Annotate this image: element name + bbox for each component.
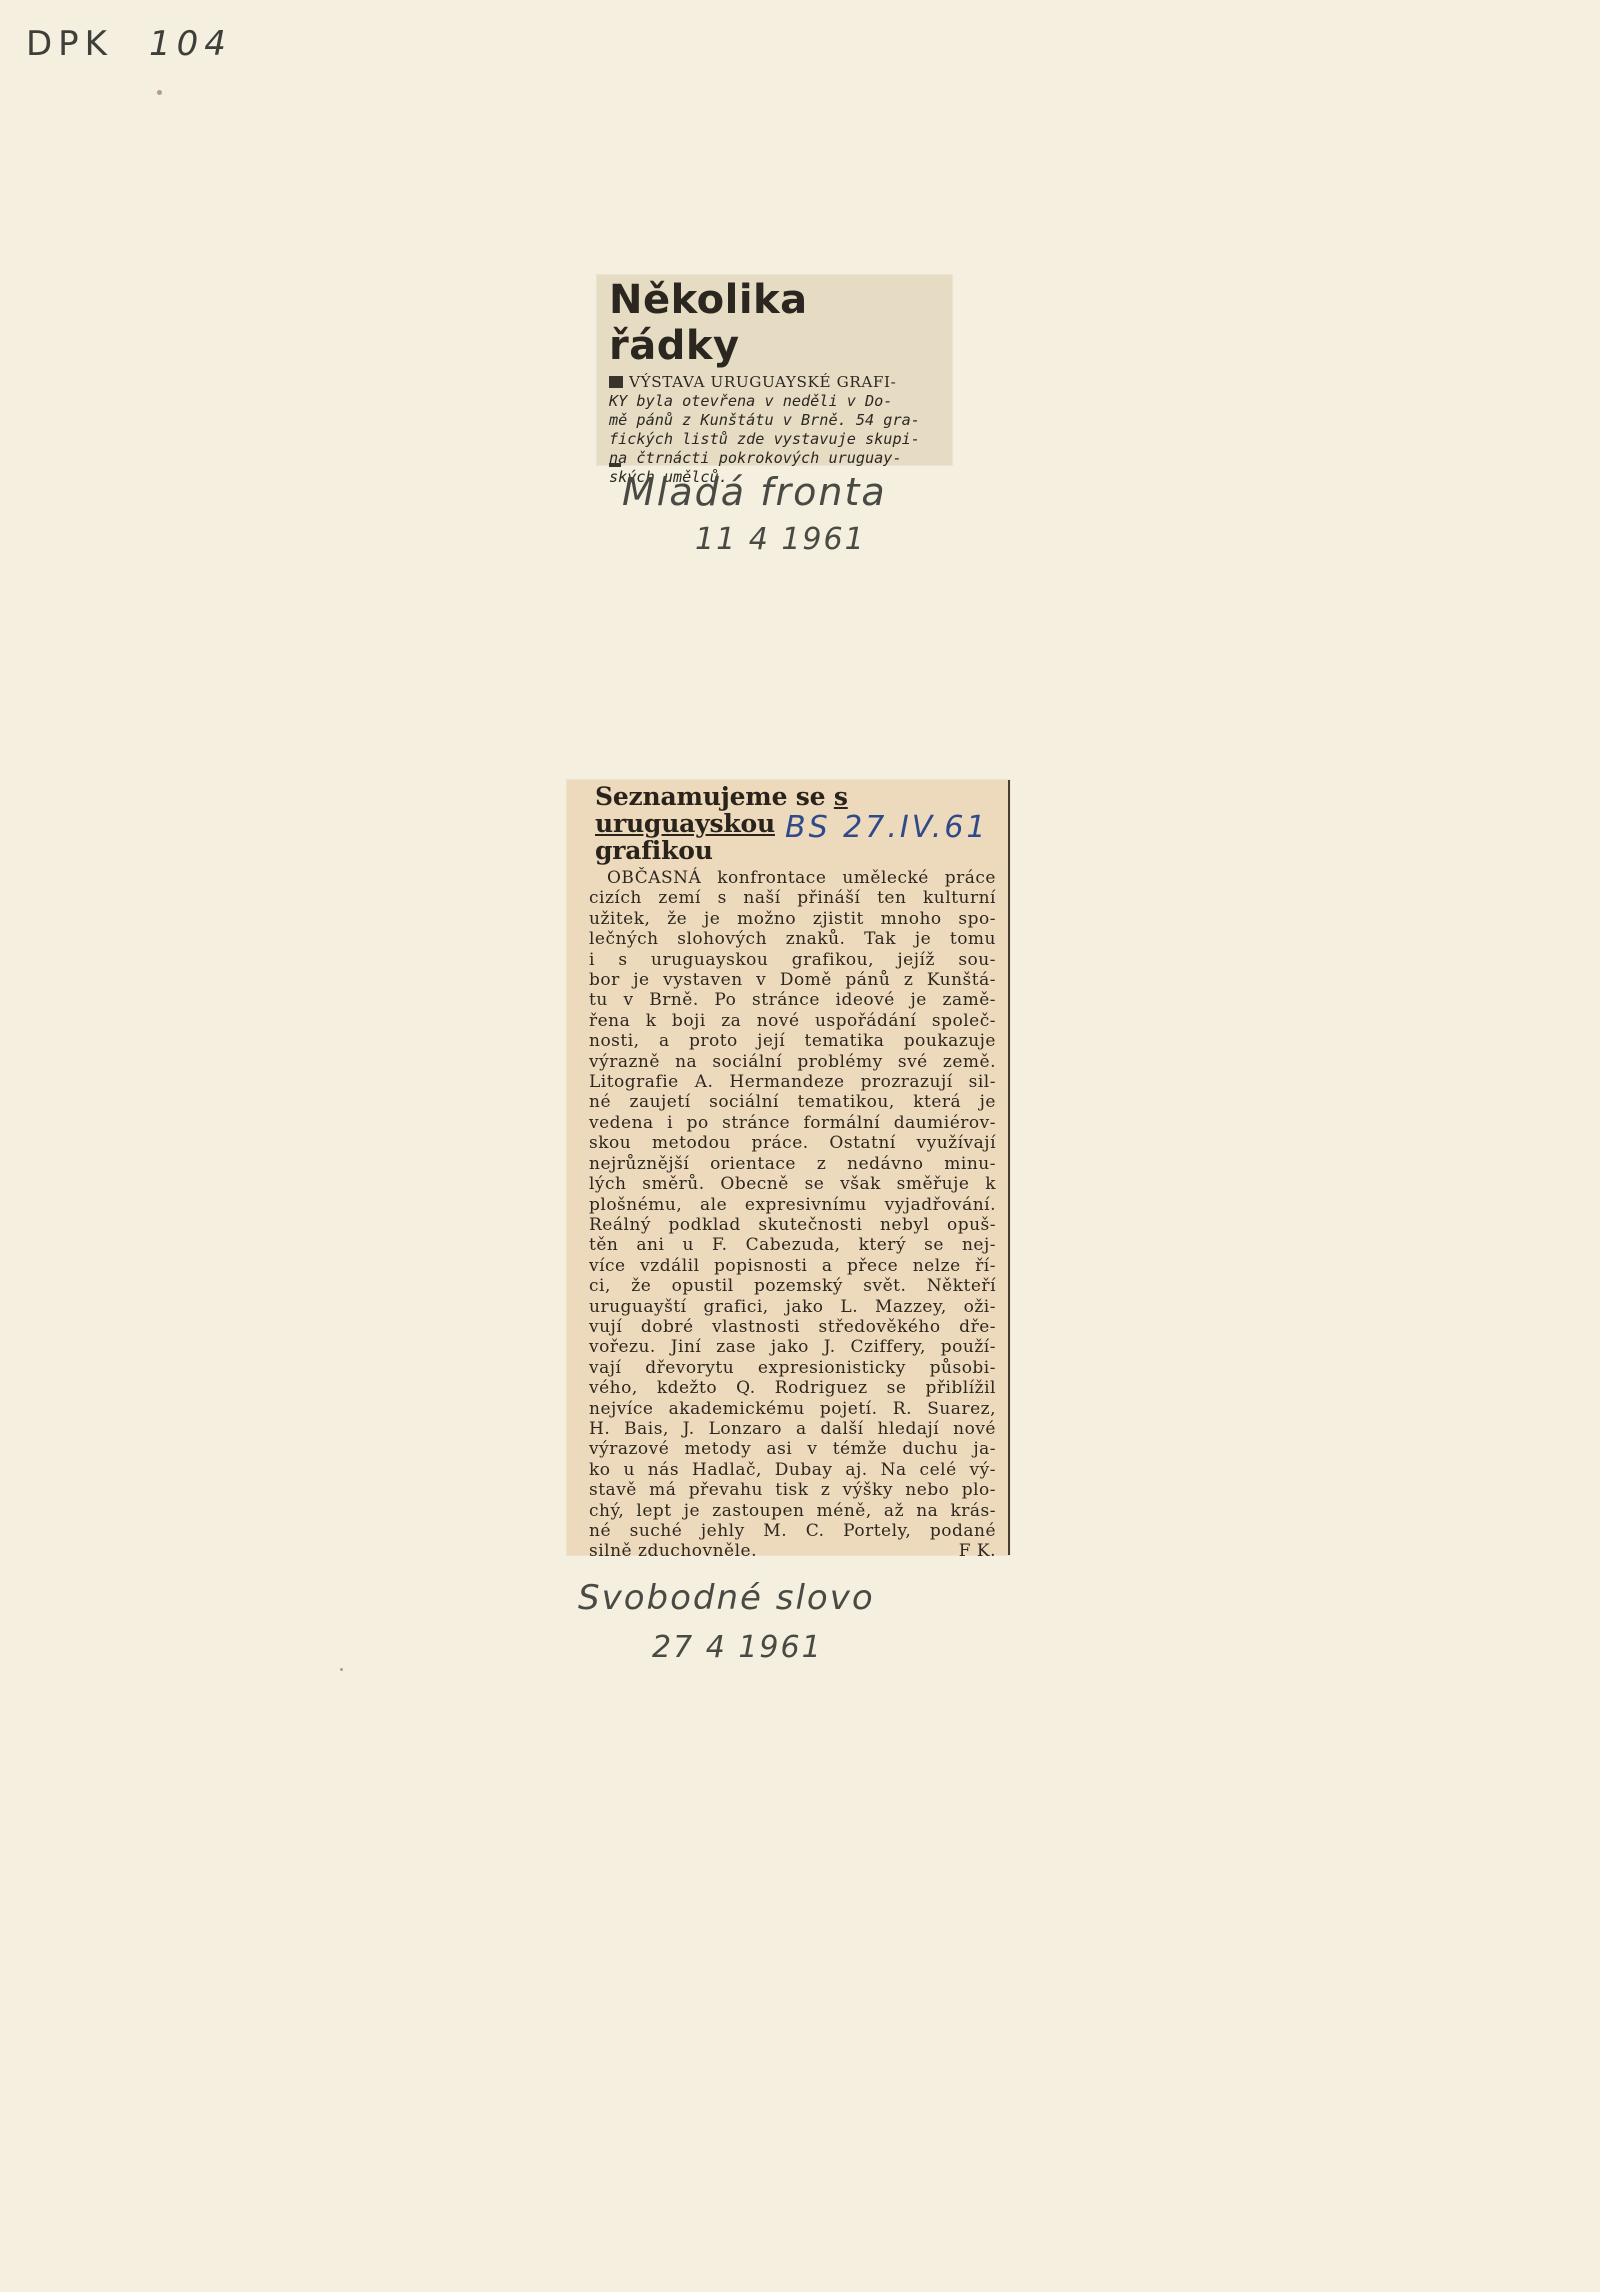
clipping-1-lead: VÝSTAVA URUGUAYSKÉ GRAFI-: [629, 373, 896, 391]
paper-speck: [157, 90, 162, 95]
article-line: nejrůznější orientace z nedávno minu-: [589, 1154, 996, 1174]
clipping-1-line: KY byla otevřena v neděli v Do-: [609, 392, 942, 411]
article-line: vají dřevorytu expresionisticky působi-: [589, 1358, 996, 1378]
article-line: vého, kdežto Q. Rodriguez se přiblížil: [589, 1378, 996, 1398]
article-closing-text: silně zduchovněle.: [589, 1541, 757, 1561]
article-line: vují dobré vlastnosti středověkého dře-: [589, 1317, 996, 1337]
article-line: i s uruguayskou grafikou, jejíž sou-: [589, 950, 996, 970]
clipping-2-body: OBČASNÁ konfrontace umělecké práce cizíc…: [589, 868, 996, 1562]
author-signature: F K.: [959, 1541, 996, 1561]
article-line: Litografie A. Hermandeze prozrazují sil-: [589, 1072, 996, 1092]
article-line: užitek, že je možno zjistit mnoho spo-: [589, 909, 996, 929]
article-line: né suché jehly M. C. Portely, podané: [589, 1521, 996, 1541]
article-line: ci, že opustil pozemský svět. Někteří: [589, 1276, 996, 1296]
clipping-1-line: na čtrnácti pokrokových uruguay-: [609, 449, 942, 468]
clipping-1-source-note: Mladá fronta: [622, 470, 887, 514]
article-line: H. Bais, J. Lonzaro a další hledají nové: [589, 1419, 996, 1439]
article-line: více vzdálil popisnosti a přece nelze ří…: [589, 1256, 996, 1276]
headline-part: grafikou: [595, 836, 713, 865]
article-line: né zaujetí sociální tematikou, která je: [589, 1092, 996, 1112]
archive-number: 104: [149, 24, 232, 64]
article-line: ko u nás Hadlač, Dubay aj. Na celé vý-: [589, 1460, 996, 1480]
handwritten-blue-stamp: BS 27.IV.61: [785, 810, 989, 845]
article-last-line: silně zduchovněle. F K.: [589, 1541, 996, 1561]
article-line: lečných slohových znaků. Tak je tomu: [589, 929, 996, 949]
clipping-1-headline: Několika řádky: [609, 277, 952, 369]
article-line: uruguayští grafici, jako L. Mazzey, oži-: [589, 1297, 996, 1317]
article-line: cizích zemí s naší přináší ten kulturní: [589, 888, 996, 908]
article-line: výrazové metody asi v témže duchu ja-: [589, 1439, 996, 1459]
newspaper-clipping-2: Seznamujeme se s uruguayskou grafikou BS…: [567, 780, 1010, 1555]
archive-prefix: DPK: [26, 24, 113, 64]
article-line: vedena i po stránce formální daumiérov-: [589, 1113, 996, 1133]
clipping-cut-mark: [609, 463, 621, 467]
article-line: řena k boji za nové uspořádání společ-: [589, 1011, 996, 1031]
article-line: Reálný podklad skutečnosti nebyl opuš-: [589, 1215, 996, 1235]
article-line: lých směrů. Obecně se však směřuje k: [589, 1174, 996, 1194]
article-line: nejvíce akademickému pojetí. R. Suarez,: [589, 1399, 996, 1419]
article-line: OBČASNÁ konfrontace umělecké práce: [589, 868, 996, 888]
article-line: skou metodou práce. Ostatní využívají: [589, 1133, 996, 1153]
article-line: stavě má převahu tisk z výšky nebo plo-: [589, 1480, 996, 1500]
clipping-1-line: fických listů zde vystavuje skupi-: [609, 430, 942, 449]
clipping-1-date-note: 11 4 1961: [695, 522, 866, 557]
archive-reference-note: DPK104: [26, 24, 232, 64]
article-line: nosti, a proto její tematika poukazuje: [589, 1031, 996, 1051]
clipping-1-line: mě pánů z Kunštátu v Brně. 54 gra-: [609, 411, 942, 430]
article-line: plošnému, ale expresivnímu vyjadřování.: [589, 1195, 996, 1215]
article-line: výrazně na sociální problémy své země.: [589, 1052, 996, 1072]
bullet-square-icon: [609, 376, 623, 388]
article-line: chý, lept je zastoupen méně, až na krás-: [589, 1501, 996, 1521]
clipping-2-source-note: Svobodné slovo: [578, 1578, 875, 1618]
headline-part: Seznamujeme se: [595, 782, 834, 811]
paper-speck: [340, 1668, 343, 1671]
newspaper-clipping-1: Několika řádky VÝSTAVA URUGUAYSKÉ GRAFI-…: [597, 275, 952, 465]
article-line: těn ani u F. Cabezuda, který se nej-: [589, 1235, 996, 1255]
article-line: vořezu. Jiní zase jako J. Cziffery, použ…: [589, 1337, 996, 1357]
article-line: tu v Brně. Po stránce ideové je zamě-: [589, 990, 996, 1010]
article-line: bor je vystaven v Domě pánů z Kunštá-: [589, 970, 996, 990]
clipping-2-date-note: 27 4 1961: [652, 1630, 823, 1665]
